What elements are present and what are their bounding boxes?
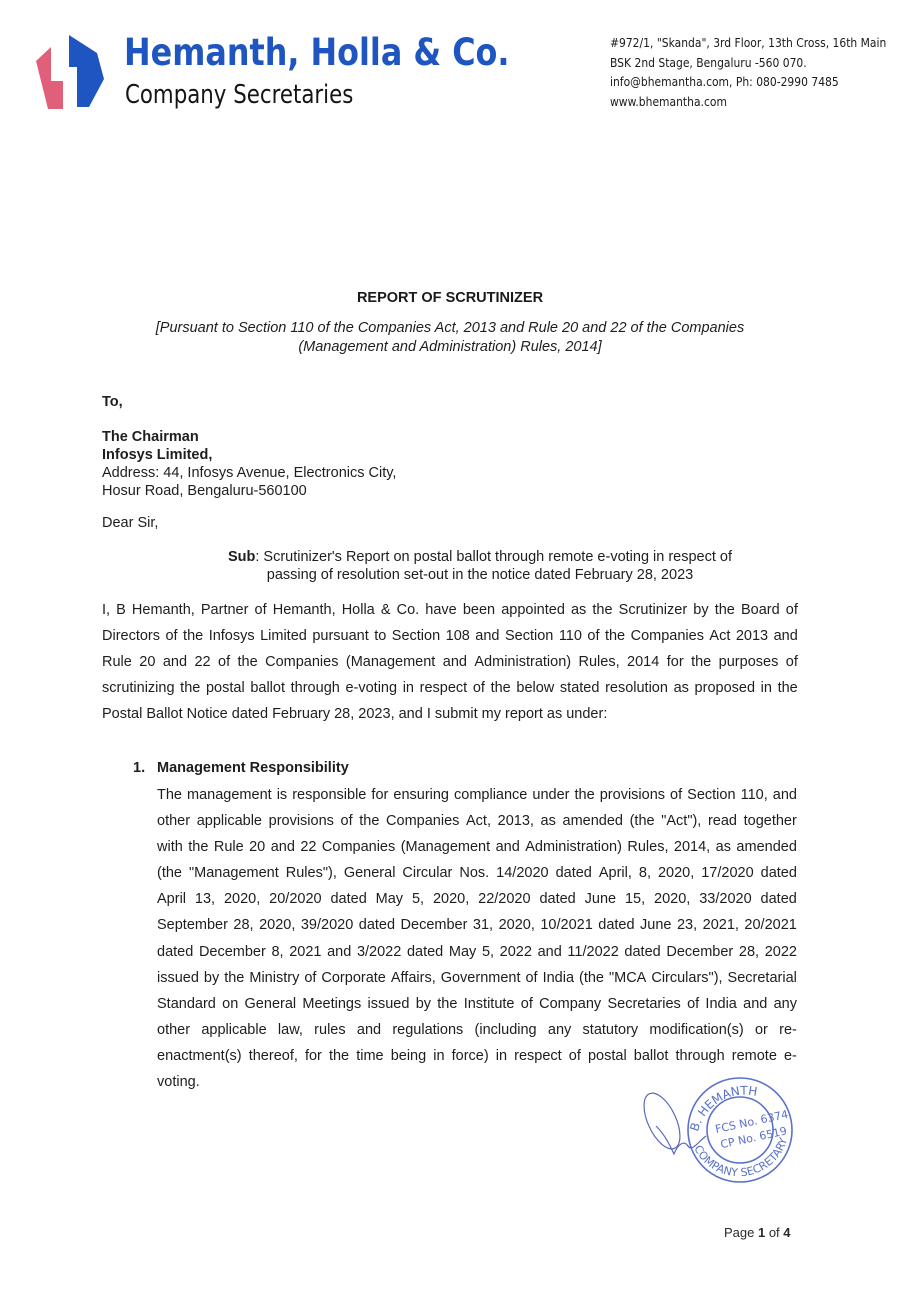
address-line: #972/1, "Skanda", 3rd Floor, 13th Cross,… — [610, 33, 886, 53]
section-line: September28,2020,39/2020datedDecember31,… — [157, 912, 797, 938]
firm-logo — [33, 35, 107, 109]
page-number: Page 1 of 4 — [724, 1225, 791, 1240]
intro-line: DirectorsoftheInfosysLimitedpursuanttoSe… — [102, 623, 798, 649]
section-line: otherapplicableprovisionsoftheCompaniesA… — [157, 808, 797, 834]
section-line: otherapplicablelaw,rulesandregulations(i… — [157, 1017, 797, 1043]
page-total: 4 — [783, 1225, 790, 1240]
address-line: BSK 2nd Stage, Bengaluru -560 070. — [610, 53, 886, 73]
intro-line: scrutinizingthepostalballotthroughe-voti… — [102, 675, 798, 701]
stamp-seal-icon: B. HEMANTH COMPANY SECRETARY FCS No. 637… — [636, 1066, 796, 1196]
subject-label: Sub — [228, 549, 255, 565]
section-line: datedDecember8,2021and3/2022datedMay5,20… — [157, 939, 797, 965]
firm-name: Hemanth, Holla & Co. — [124, 31, 510, 74]
hh-pentagon-logo-icon — [33, 35, 107, 109]
company-secretary-stamp: B. HEMANTH COMPANY SECRETARY FCS No. 637… — [636, 1066, 796, 1196]
firm-subtitle: Company Secretaries — [125, 80, 353, 110]
section-title: Management Responsibility — [157, 760, 349, 776]
intro-line: Postal Ballot Notice dated February 28, … — [102, 701, 798, 727]
addressee-address-line: Address: 44, Infosys Avenue, Electronics… — [102, 464, 396, 482]
subject-line: : Scrutinizer's Report on postal ballot … — [255, 549, 732, 565]
firm-address: #972/1, "Skanda", 3rd Floor, 13th Cross,… — [610, 33, 886, 111]
subtitle-line: (Management and Administration) Rules, 2… — [100, 338, 800, 357]
section-line: (the"ManagementRules"),GeneralCircularNo… — [157, 860, 797, 886]
section-number: 1. — [133, 760, 157, 776]
section-line: issuedbytheMinistryofCorporateAffairs,Go… — [157, 965, 797, 991]
to-label: To, — [102, 394, 123, 410]
intro-line: Rule20and22oftheCompanies(ManagementandA… — [102, 649, 798, 675]
report-subtitle: [Pursuant to Section 110 of the Companie… — [100, 319, 800, 357]
website-line: www.bhemantha.com — [610, 92, 886, 112]
section-line: Themanagementisresponsibleforensuringcom… — [157, 782, 797, 808]
section-heading: 1.Management Responsibility — [133, 760, 349, 776]
addressee-block: The Chairman Infosys Limited, Address: 4… — [102, 428, 396, 500]
addressee-company: Infosys Limited, — [102, 446, 396, 464]
addressee-address-line: Hosur Road, Bengaluru-560100 — [102, 482, 396, 500]
salutation: Dear Sir, — [102, 515, 158, 531]
section-line: April13,2020,20/2020datedMay5,2020,22/20… — [157, 886, 797, 912]
contact-line: info@bhemantha.com, Ph: 080-2990 7485 — [610, 72, 886, 92]
intro-paragraph: I,BHemanth,PartnerofHemanth,Holla&Co.hav… — [102, 597, 798, 727]
subtitle-line: [Pursuant to Section 110 of the Companie… — [100, 319, 800, 338]
section-body: Themanagementisresponsibleforensuringcom… — [157, 782, 797, 1095]
subject-block: Sub: Scrutinizer's Report on postal ball… — [180, 548, 780, 584]
report-title: REPORT OF SCRUTINIZER — [0, 290, 900, 306]
intro-line: I,BHemanth,PartnerofHemanth,Holla&Co.hav… — [102, 597, 798, 623]
addressee-name: The Chairman — [102, 428, 396, 446]
subject-line: passing of resolution set-out in the not… — [180, 566, 780, 584]
section-line: StandardonGeneralMeetingsissuedbytheInst… — [157, 991, 797, 1017]
section-line: withtheRule20and22Companies(Managementan… — [157, 834, 797, 860]
